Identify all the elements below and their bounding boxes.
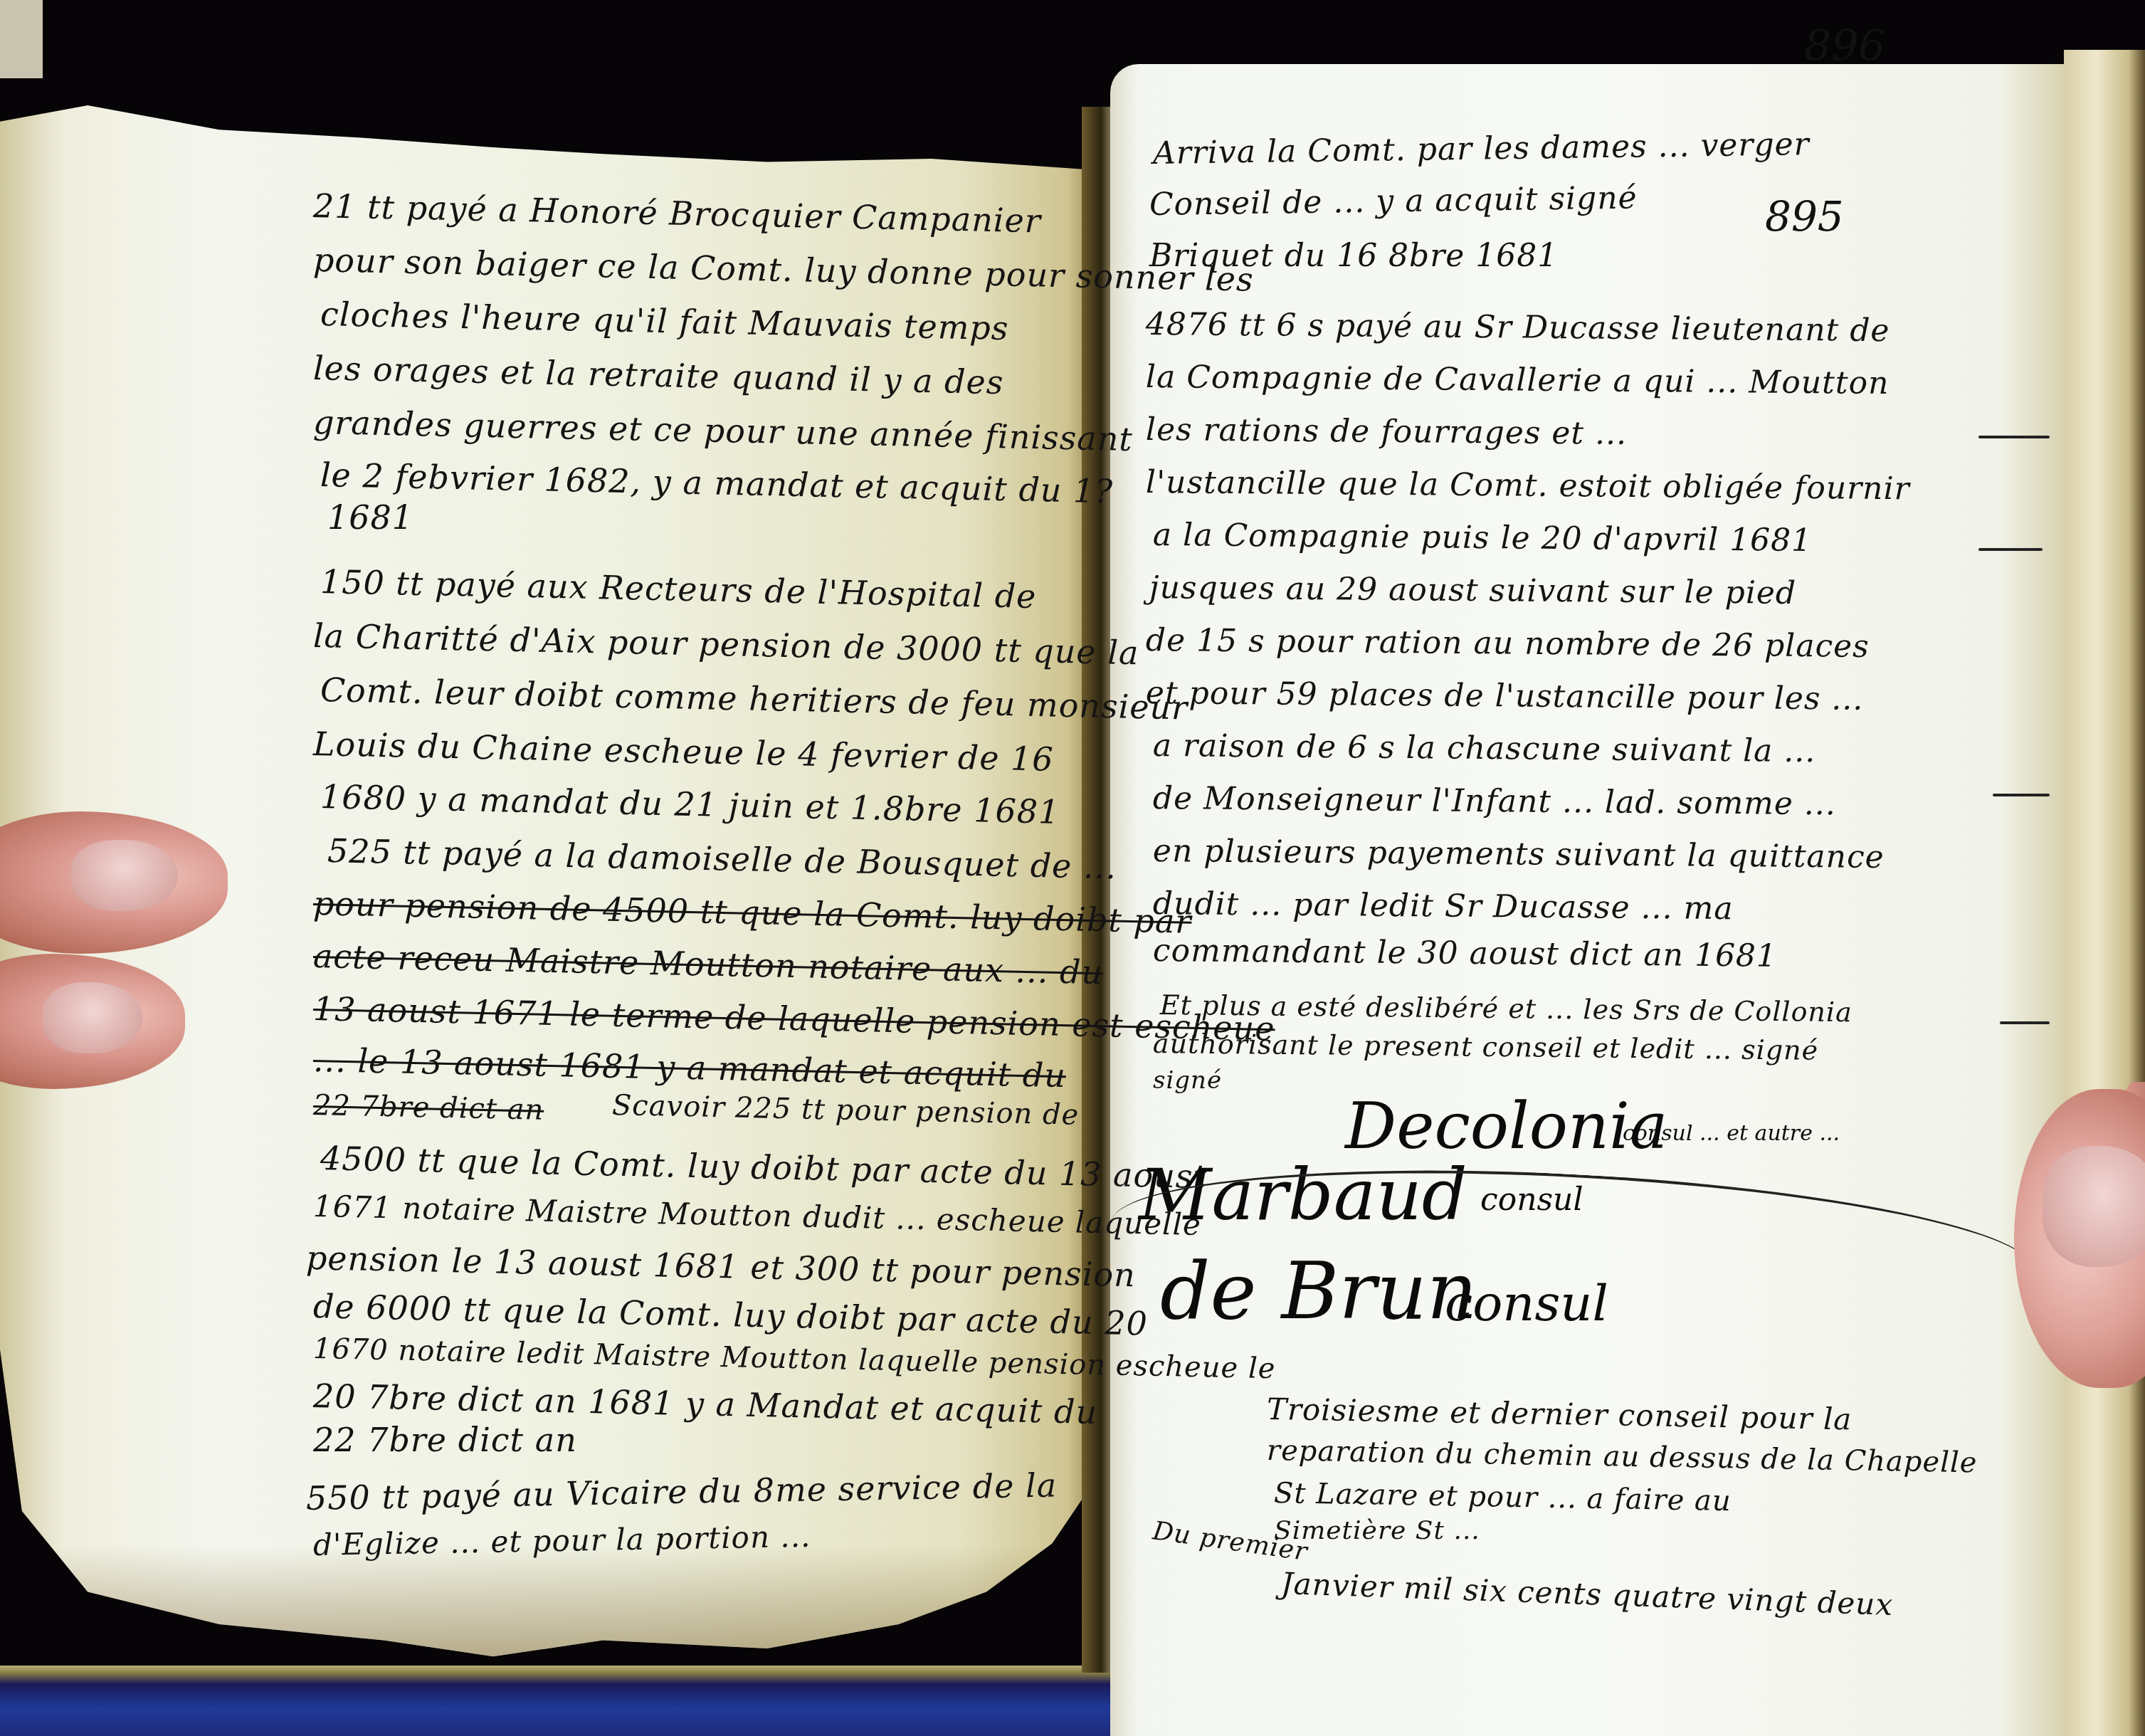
hw-line: a raison de 6 s la chascune suivant la .… (1153, 727, 1816, 769)
thumbnail (2043, 1146, 2145, 1267)
line-end-dash (1978, 436, 2050, 438)
hw-line: l'ustancille que la Comt. estoit obligée… (1146, 464, 1910, 507)
background-paper-corner (0, 0, 43, 78)
hw-line: Briquet du 16 8bre 1681 (1149, 238, 1558, 274)
hw-line: Conseil de ... y a acquit signé (1149, 179, 1638, 223)
hw-line: jusques au 29 aoust suivant sur le pied (1149, 569, 1796, 611)
ghost-header-text: c-1681 (583, 76, 697, 118)
hw-line: en plusieurs payements suivant la quitta… (1153, 833, 1885, 875)
hw-line-struck: 22 7bre dict an (313, 1089, 544, 1127)
hw-line: 1681 (327, 498, 413, 537)
folio-number-895: 895 (1765, 192, 1844, 241)
signature-decolonia-note: consul ... et autre ... (1623, 1121, 1840, 1146)
fingernail (43, 982, 142, 1053)
hw-line: et pour 59 places de l'ustancille pour l… (1146, 675, 1864, 717)
hw-line: de 15 s pour ration au nombre de 26 plac… (1146, 622, 1870, 665)
hw-line: les rations de fourrages et ... (1146, 411, 1628, 452)
hw-line: a la Compagnie puis le 20 d'apvril 1681 (1153, 517, 1813, 559)
fingernail (71, 840, 178, 911)
hw-line: dudit ... par ledit Sr Ducasse ... ma (1153, 885, 1734, 927)
hw-line: signé (1153, 1066, 1222, 1095)
table-surface (0, 1666, 1153, 1736)
hw-line: de Monseigneur l'Infant ... lad. somme .… (1153, 780, 1836, 822)
line-end-dash (1993, 794, 2050, 796)
signature-de-brun-title: consul (1445, 1274, 1608, 1332)
signature-de-brun: de Brun (1160, 1246, 1477, 1337)
page-fore-edge (2064, 50, 2145, 1736)
hw-line: 4876 tt 6 s payé au Sr Ducasse lieutenan… (1146, 306, 1890, 349)
line-end-dash (2000, 1021, 2050, 1024)
hw-line: commandant le 30 aoust dict an 1681 (1153, 932, 1777, 974)
water-stain (28, 1545, 1060, 1673)
hw-line: la Compagnie de Cavallerie a qui ... Mou… (1146, 359, 1890, 401)
line-end-dash (1978, 548, 2043, 551)
hw-line: 22 7bre dict an (313, 1421, 577, 1459)
folio-number-896: 896 (1804, 21, 1886, 71)
